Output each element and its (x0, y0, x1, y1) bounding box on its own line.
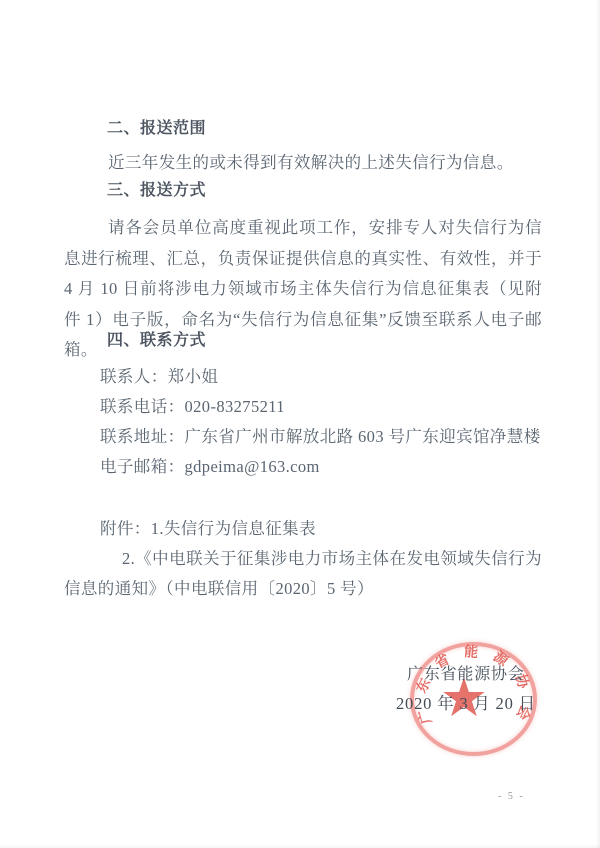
contact-phone-row: 联系电话：020-83275211 (100, 392, 541, 422)
scan-edge-artifact (596, 0, 600, 848)
signature-date: 2020 年 3 月 20 日 (396, 694, 536, 714)
contact-phone-value: 020-83275211 (185, 397, 285, 416)
scan-edge-artifact (0, 844, 600, 848)
contact-info-list: 联系人：郑小姐 联系电话：020-83275211 联系地址：广东省广州市解放北… (100, 362, 541, 482)
contact-address-value: 广东省广州市解放北路 603 号广东迎宾馆净慧楼 (185, 427, 541, 446)
contact-address-label: 联系地址： (100, 427, 185, 446)
contact-email-row: 电子邮箱：gdpeima@163.com (100, 452, 541, 482)
attachments-label: 附件： (100, 519, 151, 538)
signature-organization: 广东省能源协会 (407, 665, 525, 685)
paragraph-report-scope: 近三年发生的或未得到有效解决的上述失信行为信息。 (64, 148, 542, 179)
page-number: - 5 - (498, 791, 525, 802)
document-page: 二、报送范围 近三年发生的或未得到有效解决的上述失信行为信息。 三、报送方式 请… (0, 0, 600, 848)
section-heading-contact: 四、联系方式 (107, 331, 206, 351)
section-heading-report-method: 三、报送方式 (107, 181, 206, 201)
contact-person-row: 联系人：郑小姐 (100, 362, 541, 392)
contact-person-value: 郑小姐 (168, 367, 219, 386)
attachment-item-1: 1.失信行为信息征集表 (151, 519, 316, 538)
attachment-item-2: 2.《中电联关于征集涉电力市场主体在发电领域失信行为信息的通知》（中电联信用〔2… (64, 544, 542, 604)
contact-address-row: 联系地址：广东省广州市解放北路 603 号广东迎宾馆净慧楼 (100, 422, 541, 452)
contact-email-label: 电子邮箱： (100, 457, 185, 476)
contact-phone-label: 联系电话： (100, 397, 185, 416)
attachments-line-1: 附件：1.失信行为信息征集表 (100, 514, 316, 544)
section-heading-report-scope: 二、报送范围 (107, 119, 206, 139)
contact-email-value: gdpeima@163.com (185, 457, 320, 476)
contact-person-label: 联系人： (100, 367, 168, 386)
